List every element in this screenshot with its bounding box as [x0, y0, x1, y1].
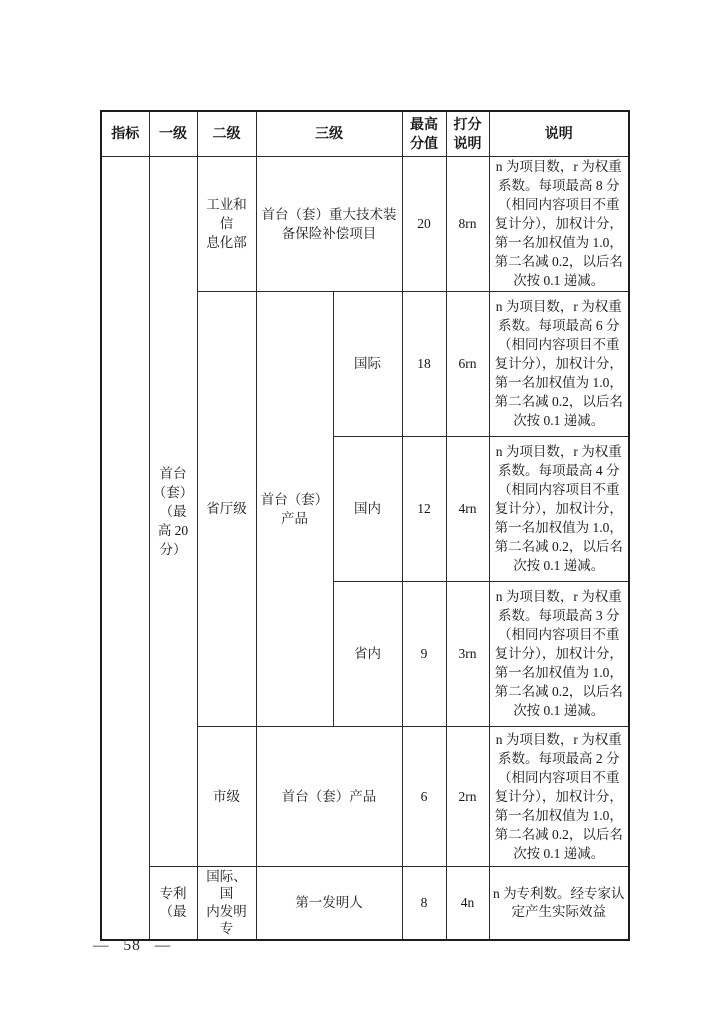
cell-level1-patent: 专利 （最 — [149, 866, 197, 940]
cell-score-9: 9 — [402, 581, 446, 726]
cell-level3-domestic: 国内 — [333, 436, 402, 581]
cell-level3-international: 国际 — [333, 291, 402, 436]
cell-score-6: 6 — [402, 726, 446, 866]
page-number: — 58 — — [93, 937, 171, 955]
cell-desc-8points: n 为项目数，r 为权重系数。每项最高 8 分（相同内容项目不重复计分），加权计… — [489, 156, 629, 291]
cell-level3-product-city: 首台（套）产品 — [256, 726, 402, 866]
header-level1: 一级 — [149, 111, 197, 156]
header-level3: 三级 — [256, 111, 402, 156]
cell-desc-6points: n 为项目数，r 为权重系数。每项最高 6 分（相同内容项目不重复计分），加权计… — [489, 291, 629, 436]
cell-formula-8rn: 8rn — [446, 156, 489, 291]
cell-desc-3points: n 为项目数，r 为权重系数。每项最高 3 分（相同内容项目不重复计分），加权计… — [489, 581, 629, 726]
cell-formula-4rn: 4rn — [446, 436, 489, 581]
cell-desc-2points: n 为项目数，r 为权重系数。每项最高 2 分（相同内容项目不重复计分），加权计… — [489, 726, 629, 866]
evaluation-score-table: 指标 一级 二级 三级 最高 分值 打分 说明 说明 首台 （套） （最 高 2… — [100, 110, 630, 941]
cell-formula-2rn: 2rn — [446, 726, 489, 866]
cell-score-20: 20 — [402, 156, 446, 291]
table-row-patent-clipped: 专利 （最 国际、国 内发明专 第一发明人 8 4n n 为专利数。经专家认定产… — [101, 866, 629, 940]
cell-indicator-body — [101, 156, 149, 940]
cell-formula-4n: 4n — [446, 866, 489, 940]
cell-score-18: 18 — [402, 291, 446, 436]
cell-level2-miit: 工业和信 息化部 — [197, 156, 256, 291]
header-indicator: 指标 — [101, 111, 149, 156]
document-page: 指标 一级 二级 三级 最高 分值 打分 说明 说明 首台 （套） （最 高 2… — [0, 0, 724, 1024]
table-header-row: 指标 一级 二级 三级 最高 分值 打分 说明 说明 — [101, 111, 629, 156]
header-scoring: 打分 说明 — [446, 111, 489, 156]
cell-level3-insurance-project: 首台（套）重大技术装 备保险补偿项目 — [256, 156, 402, 291]
cell-level2-province: 省厅级 — [197, 291, 256, 726]
cell-formula-3rn: 3rn — [446, 581, 489, 726]
header-level2: 二级 — [197, 111, 256, 156]
cell-level3-provincial: 省内 — [333, 581, 402, 726]
cell-desc-patent: n 为专利数。经专家认定产生实际效益 — [489, 866, 629, 940]
header-description: 说明 — [489, 111, 629, 156]
cell-level1-shoutai: 首台 （套） （最 高 20 分） — [149, 156, 197, 866]
cell-desc-4points: n 为项目数，r 为权重系数。每项最高 4 分（相同内容项目不重复计分），加权计… — [489, 436, 629, 581]
cell-level2-city: 市级 — [197, 726, 256, 866]
cell-level2-patent: 国际、国 内发明专 — [197, 866, 256, 940]
cell-formula-6rn: 6rn — [446, 291, 489, 436]
header-max-score: 最高 分值 — [402, 111, 446, 156]
table-row-miit: 首台 （套） （最 高 20 分） 工业和信 息化部 首台（套）重大技术装 备保… — [101, 156, 629, 291]
cell-score-12: 12 — [402, 436, 446, 581]
cell-level3-first-inventor: 第一发明人 — [256, 866, 402, 940]
cell-level3-product-group: 首台（套） 产品 — [256, 291, 333, 726]
cell-score-8: 8 — [402, 866, 446, 940]
